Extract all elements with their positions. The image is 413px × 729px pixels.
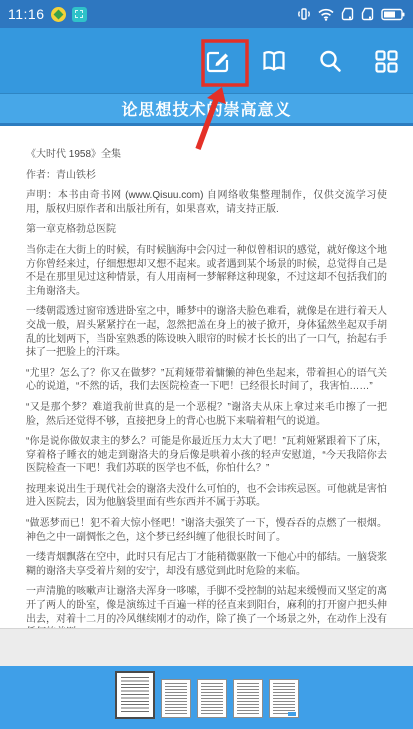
thumbnail-text-lines [201,683,223,714]
thumbnail-text-lines [273,683,295,714]
sim2-signal-icon [361,7,374,21]
page-thumbnail[interactable] [161,679,191,718]
paragraph: “又是那个梦？难道我前世真的是一个恶棍？”谢洛夫从床上拿过来毛巾擦了一把脸，然后… [26,401,387,428]
paragraph: 当你走在大街上的时候，有时候脑海中会闪过一种似曾相识的感觉，就好像这个地方你曾经… [26,244,387,298]
wifi-icon [318,8,334,21]
vibrate-icon [297,7,311,21]
book-title-line: 《大时代 1958》全集 [26,148,387,162]
paragraph: 一缕青烟飘落在空中，此时只有尼古丁才能稍微驱散一下他心中的郁结。一脑袋浆糊的谢洛… [26,551,387,578]
battery-icon [381,8,405,21]
reader-app-screen: 11:16 [0,0,413,729]
sim1-signal-icon [341,7,354,21]
chapter-heading: 第一章克格勃总医院 [26,223,387,237]
chapter-title-bar: 论思想技术的崇高意义 [0,94,413,126]
paragraph: “尤里？怎么了？你又在做梦？”瓦莉娅带着慵懒的神色坐起来，带着担心的语气关心的说… [26,367,387,394]
page-thumbnail[interactable] [233,679,263,718]
page-margin-strip [0,628,413,666]
grid-icon [372,47,400,75]
thumbnail-text-lines [121,677,149,713]
toolbar [0,28,413,94]
scan-app-icon [72,7,87,22]
search-icon [316,47,344,75]
paragraph: “你是说你做奴隶主的梦么？可能是你最近压力太大了吧！”瓦莉娅紧跟着下了床，穿着格… [26,435,387,476]
contents-button[interactable] [372,47,400,75]
thumbnail-text-lines [165,683,187,714]
disclaimer-line: 声明：本书由奇书网 (www.Qisuu.com) 自网络收集整理制作，仅供交流… [26,189,387,216]
status-bar: 11:16 [0,0,413,28]
page-thumbnail-bar [0,666,413,729]
reading-page: 《大时代 1958》全集 作者：青山铁杉 声明：本书由奇书网 (www.Qisu… [0,126,413,628]
search-button[interactable] [316,47,344,75]
status-indicators [297,7,405,21]
page-thumbnail[interactable] [197,679,227,718]
chapter-title: 论思想技术的崇高意义 [121,97,291,120]
edit-icon [204,47,232,75]
paragraph: “做恶梦而已！犯不着大惊小怪吧！”谢洛夫强笑了一下，慢吞吞的点燃了一根烟。神色之… [26,517,387,544]
paragraph: 一缕朝霞透过窗帘透进卧室之中，睡梦中的谢洛夫脸色难看，就像是在进行着天人交战一般… [26,305,387,359]
thumbnail-text-lines [237,683,259,714]
coin-app-icon [51,7,66,22]
paragraph: 一声清脆的咳嗽声让谢洛夫浑身一哆嗦，手脚不受控制的站起来缓慢而又坚定的离开了两人… [26,585,387,628]
page-thumbnail-current[interactable] [115,671,155,719]
paragraph: 按理来说出生于现代社会的谢洛夫没什么可怕的，也不会讳疾忌医。可他就是害怕进入医院… [26,483,387,510]
author-line: 作者：青山铁杉 [26,169,387,183]
read-mode-button[interactable] [260,47,288,75]
page-thumbnail[interactable] [269,679,299,718]
book-icon [260,47,288,75]
edit-button[interactable] [204,47,232,75]
thumbnail-corner-mark [288,712,296,716]
clock: 11:16 [8,6,45,22]
